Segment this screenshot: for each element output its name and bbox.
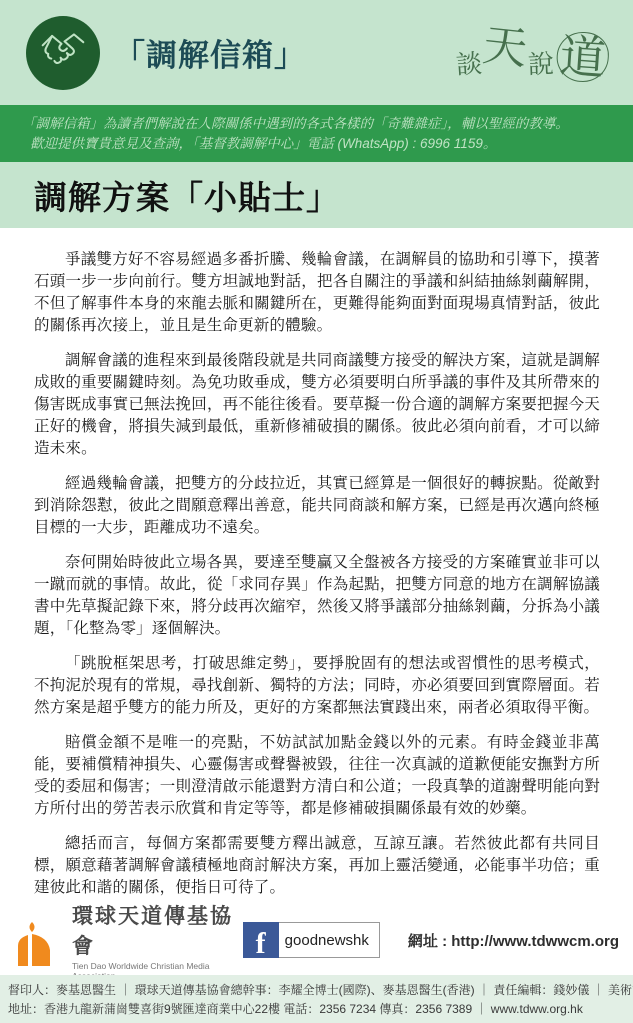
article-title: 調解方案「小貼士」: [34, 172, 340, 219]
intro-banner: 「調解信箱」為讀者們解說在人際關係中遇到的各式各樣的「奇難雜症」，輔以聖經的教導…: [0, 105, 633, 162]
website-url: 網址 : http://www.tdwwcm.org: [408, 930, 619, 951]
facebook-icon: f: [243, 922, 279, 958]
handshake-badge: [26, 16, 100, 90]
calligraphy-char: 談: [455, 51, 483, 79]
imprint-line2: 地址：香港九龍新蒲崗雙喜街9號匯達商業中心22樓 電話：2356 7234 傳真…: [8, 1000, 625, 1019]
paragraph: 奈何開始時彼此立場各異，要達至雙贏又全盤被各方接受的方案確實並非可以一蹴而就的事…: [34, 552, 600, 640]
intro-banner-line1: 「調解信箱」為讀者們解說在人際關係中遇到的各式各樣的「奇難雜症」，輔以聖經的教導…: [22, 114, 633, 134]
article-body: 爭議雙方好不容易經過多番折騰、幾輪會議，在調解員的協助和引導下，摸著石頭一步一步…: [0, 228, 633, 905]
org-names: 環球天道傳基協會 Tien Dao Worldwide Christian Me…: [72, 900, 243, 981]
calligraphy-char: 說: [528, 51, 555, 78]
facebook-badge: f goodnewshk: [243, 922, 380, 958]
header: 「調解信箱」 談 天 說 道: [0, 0, 633, 105]
imprint-strip: 督印人：麥基恩醫生 ｜ 環球天道傳基協會總幹事：李耀全博士(國際)、麥基恩醫生(…: [0, 975, 633, 1023]
paragraph: 經過幾輪會議，把雙方的分歧拉近，其實已經算是一個很好的轉捩點。從敵對到消除怨懟，…: [34, 473, 600, 539]
paragraph: 調解會議的進程來到最後階段就是共同商議雙方接受的解決方案，這就是調解成敗的重要關…: [34, 350, 600, 460]
calligraphy-char: 天: [481, 23, 529, 71]
intro-banner-line2: 歡迎提供寶貴意見及查詢，「基督教調解中心」電話 (WhatsApp) : 699…: [22, 134, 633, 154]
article-title-band: 調解方案「小貼士」: [0, 162, 633, 228]
leaflet-page: 「調解信箱」 談 天 說 道 「調解信箱」為讀者們解說在人際關係中遇到的各式各樣…: [0, 0, 633, 1023]
paragraph: 「跳脫框架思考，打破思維定勢」，要掙脫固有的想法或習慣性的思考模式，不拘泥於現有…: [34, 653, 600, 719]
paragraph: 總括而言，每個方案都需要雙方釋出誠意，互諒互讓。若然彼此都有共同目標，願意藉著調…: [34, 833, 600, 899]
tien-dao-logo-icon: [12, 912, 64, 968]
masthead-title: 「調解信箱」: [114, 30, 456, 75]
paragraph: 爭議雙方好不容易經過多番折騰、幾輪會議，在調解員的協助和引導下，摸著石頭一步一步…: [34, 249, 600, 337]
paragraph: 賠償金額不是唯一的亮點，不妨試試加點金錢以外的元素。有時金錢並非萬能，要補償精神…: [34, 732, 600, 820]
facebook-handle: goodnewshk: [285, 932, 369, 949]
footer: 環球天道傳基協會 Tien Dao Worldwide Christian Me…: [0, 905, 633, 975]
tan-tian-shuo-dao-logo: 談 天 說 道: [456, 28, 609, 78]
org-name-zh: 環球天道傳基協會: [72, 900, 243, 960]
calligraphy-char: 道: [555, 30, 610, 84]
handshake-icon: [38, 25, 88, 80]
imprint-line1: 督印人：麥基恩醫生 ｜ 環球天道傳基協會總幹事：李耀全博士(國際)、麥基恩醫生(…: [8, 981, 625, 1000]
